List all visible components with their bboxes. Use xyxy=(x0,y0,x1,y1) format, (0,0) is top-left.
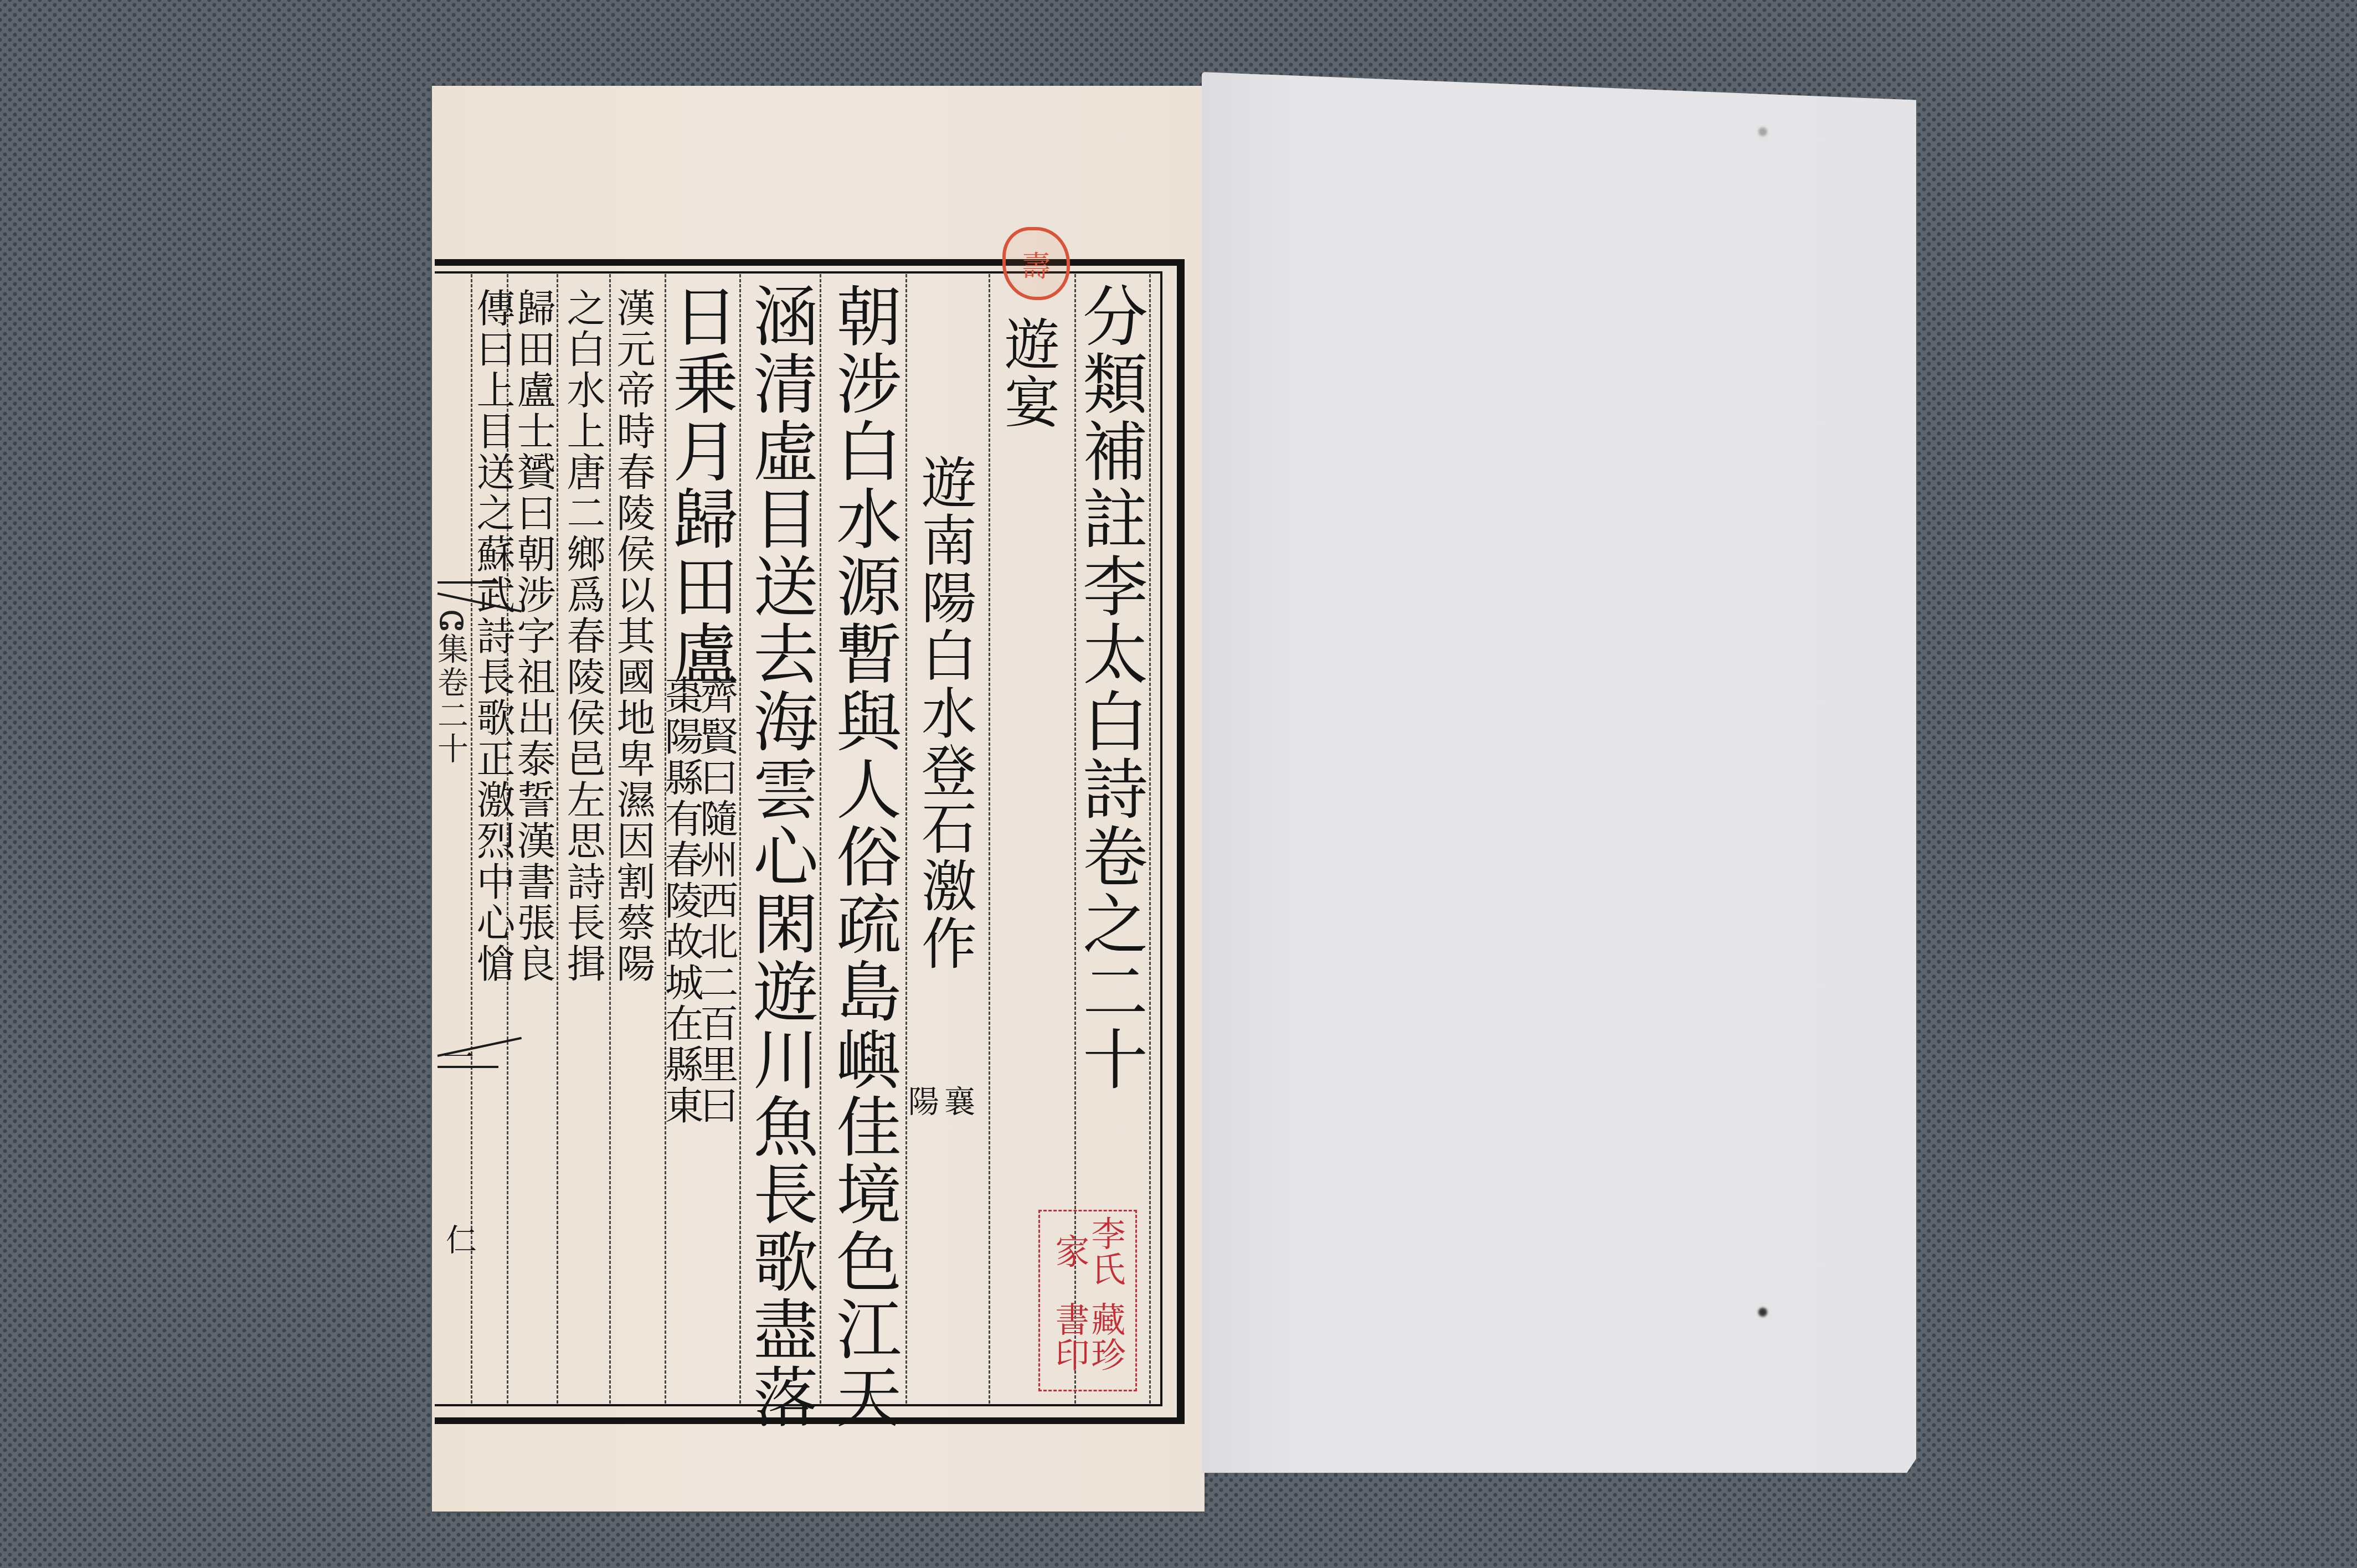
margin-page-number: 一 xyxy=(440,1041,471,1074)
fish-tail-top-line xyxy=(438,581,498,584)
ink-spot xyxy=(1758,127,1767,136)
round-red-seal: 壽 xyxy=(1002,227,1070,300)
poem-title-note-1: 襄 xyxy=(941,1085,972,1118)
ink-spot xyxy=(1758,1308,1767,1317)
poem-line-2: 涵清虛目送去海雲心閑遊川魚長歌盡落 xyxy=(748,282,813,1431)
column-rule xyxy=(989,274,990,1404)
seal-text-col-1: 李氏家 xyxy=(1052,1215,1124,1288)
commentary-column-1: 漢元帝時春陵侯以其國地卑濕因割蔡陽 xyxy=(614,288,652,984)
seal-text-col-2: 藏珍書印 xyxy=(1052,1288,1124,1386)
margin-bottom-glyph: 仁 xyxy=(443,1224,474,1257)
commentary-column-2: 之白水上唐二鄉爲春陵侯邑左思詩長揖 xyxy=(564,288,603,984)
poem-line-3: 日乗月歸田盧 xyxy=(667,282,733,688)
poem-title: 遊南陽白水登石激作 xyxy=(917,454,972,972)
category-heading: 遊宴 xyxy=(1000,316,1055,431)
column-rule xyxy=(557,274,558,1404)
poem-title-note-2: 陽 xyxy=(905,1085,936,1118)
commentary-column-4: 傳曰上目送之蘇武詩長歌正激烈中心愴 xyxy=(474,288,512,984)
margin-volume-label: ⵛ集卷二十 xyxy=(435,609,466,766)
square-red-seal: 李氏家 藏珍書印 xyxy=(1038,1210,1137,1391)
fish-tail-bottom-line xyxy=(438,1066,498,1068)
right-blank-page xyxy=(1202,72,1916,1473)
poem-line-1: 朝涉白水源暫與人俗疏島嶼佳境色江天 xyxy=(831,282,896,1431)
column-rule xyxy=(739,274,741,1404)
column-rule xyxy=(905,274,907,1404)
commentary-left: 棗陽縣有春陵故城在縣東 xyxy=(662,675,701,1126)
seal-text: 壽 xyxy=(1022,243,1051,285)
volume-title: 分類補註李太白詩卷之二十 xyxy=(1077,282,1143,1093)
commentary-column-3: 歸田盧士贇曰朝涉字祖出泰誓漢書張良 xyxy=(514,288,553,984)
column-rule xyxy=(820,274,821,1404)
column-rule xyxy=(1149,274,1151,1404)
